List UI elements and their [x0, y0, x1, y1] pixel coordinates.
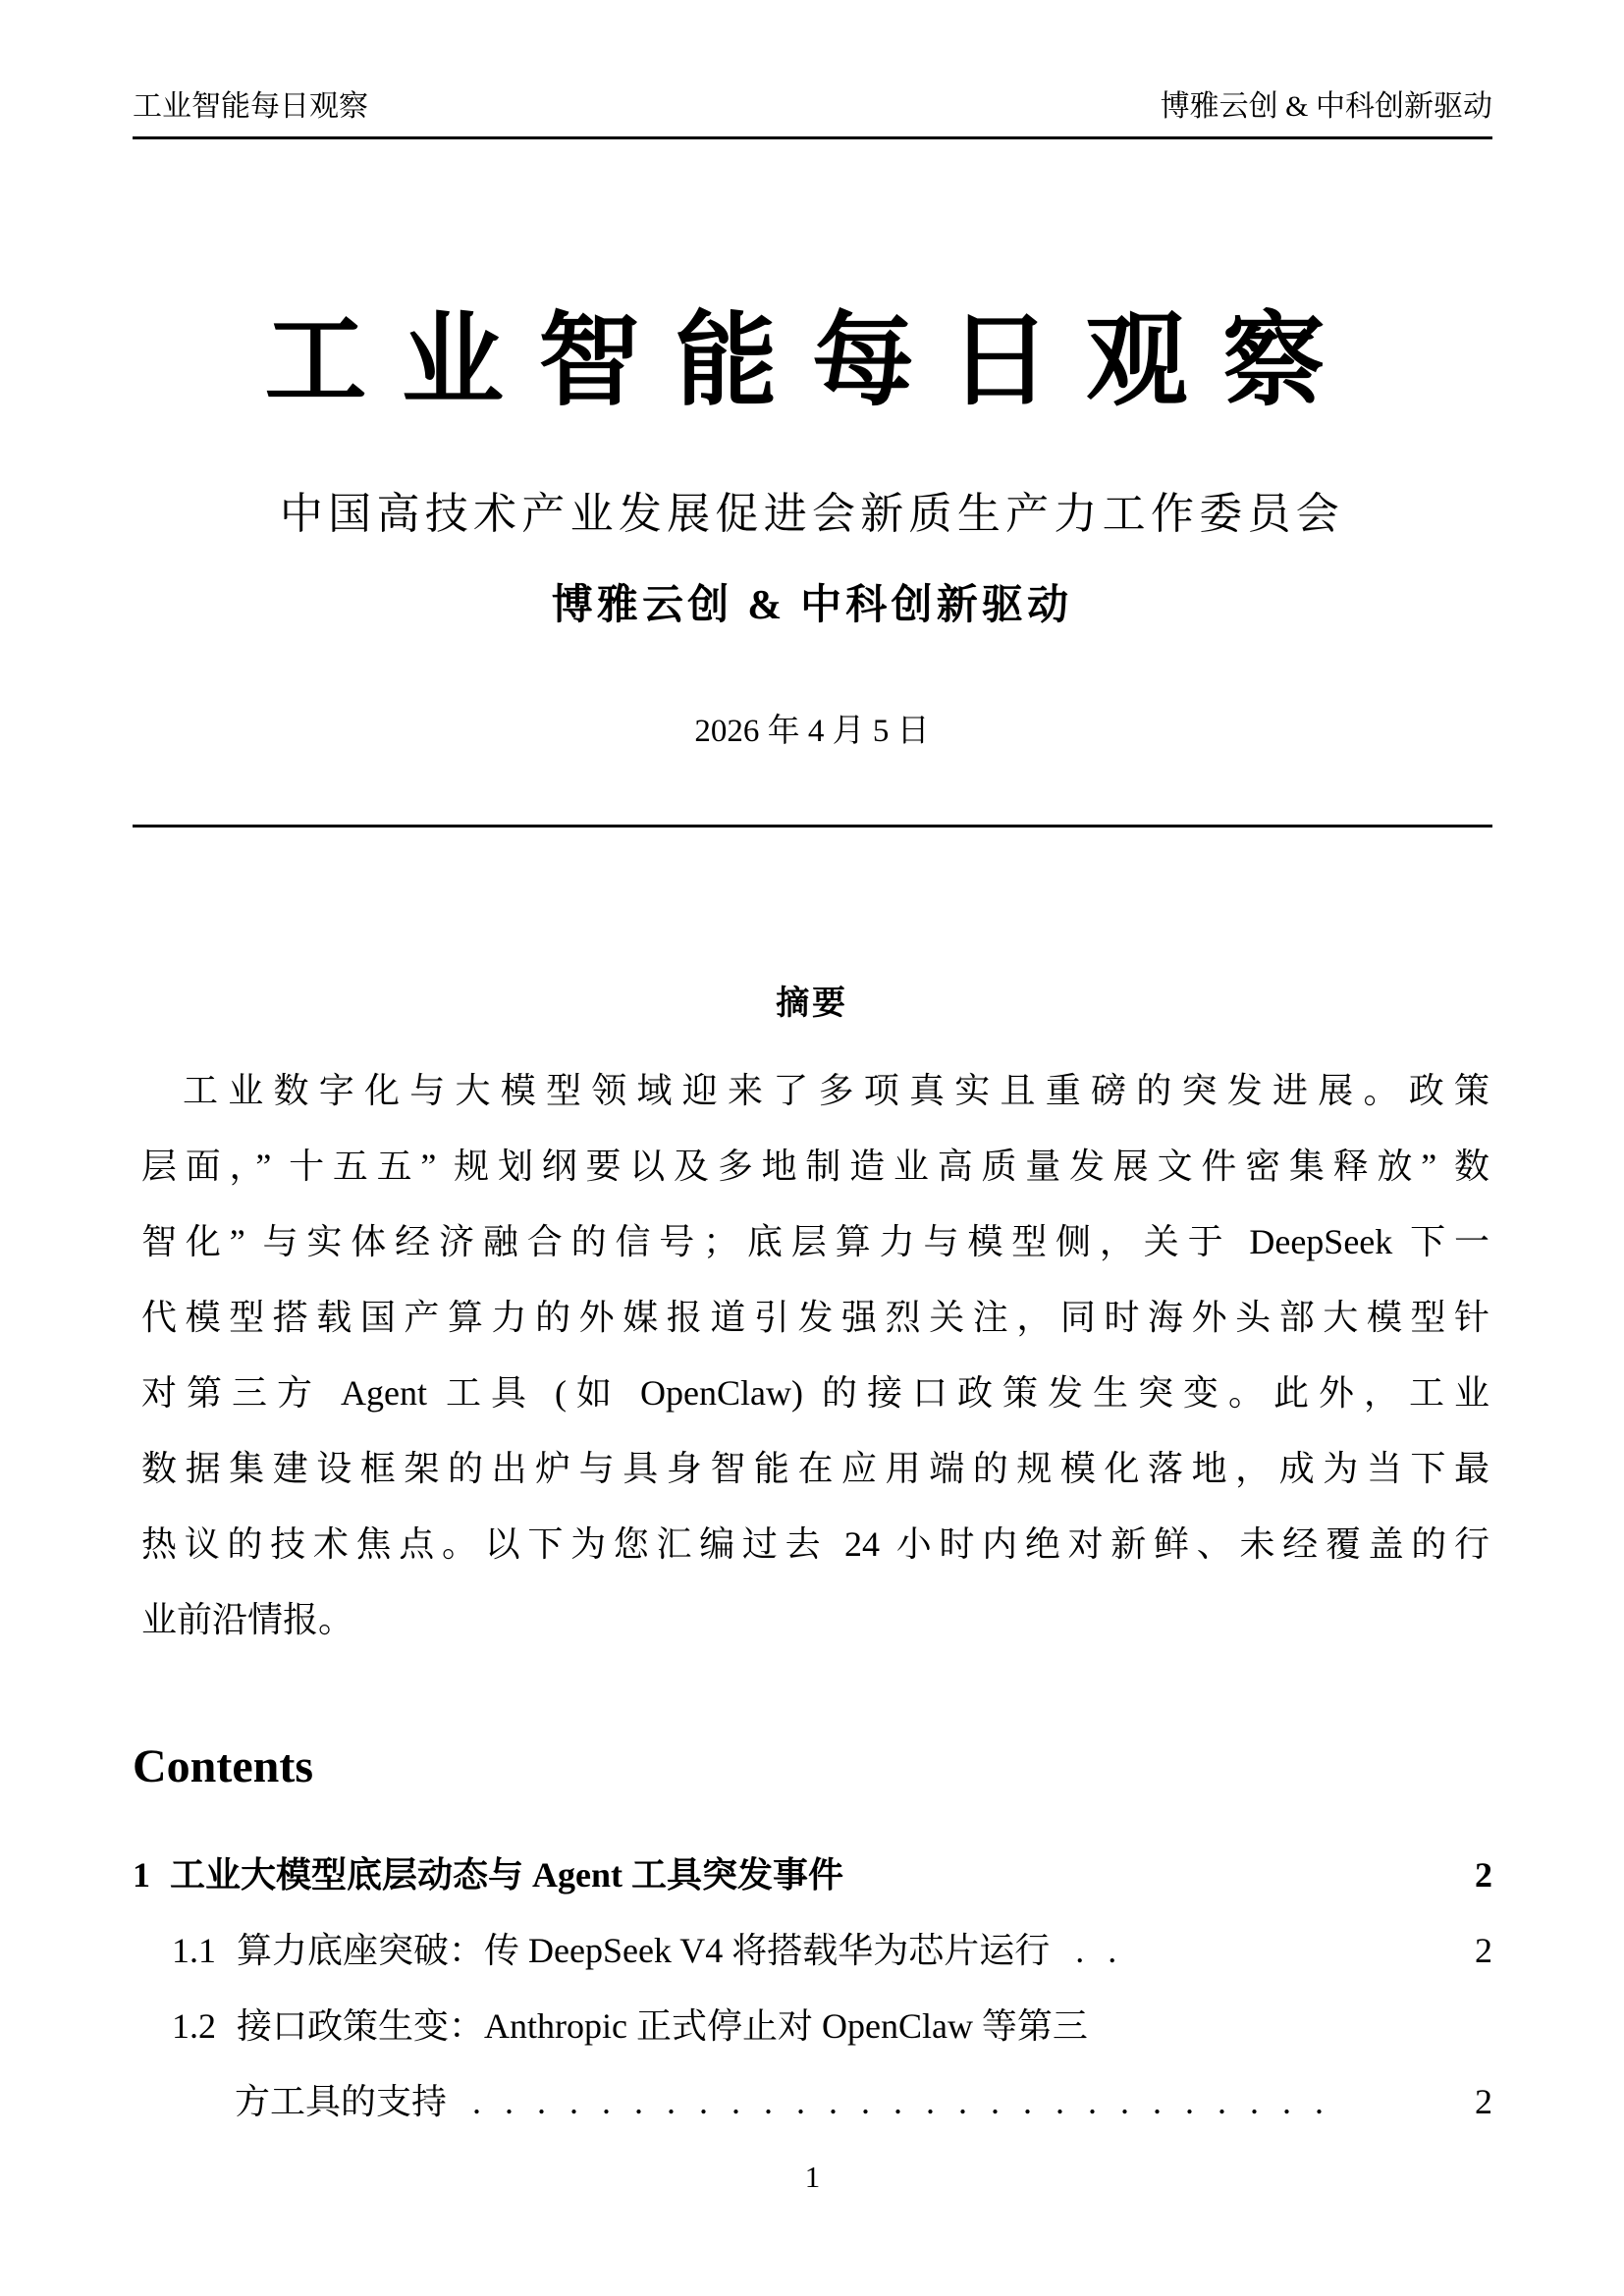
- toc-entry-section-1: 1 工业大模型底层动态与 Agent 工具突发事件 2: [133, 1838, 1492, 1913]
- abstract-line: 业前沿情报。: [141, 1582, 1489, 1658]
- header-right-org: 博雅云创 & 中科创新驱动: [1161, 88, 1492, 126]
- toc-entry-section-1-1: 1.1 算力底座突破：传 DeepSeek V4 将搭载华为芯片运行 .. 2: [133, 1913, 1492, 1989]
- contents-heading: Contents: [133, 1739, 313, 1794]
- abstract-line: 数据集建设框架的出炉与具身智能在应用端的规模化落地，成为当下最: [141, 1431, 1489, 1507]
- abstract-line: 对第三方 Agent 工具 (如 OpenClaw) 的接口政策发生突变。此外，…: [141, 1356, 1489, 1431]
- toc-entry-page: 2: [1475, 1838, 1492, 1913]
- toc-entry-title: 工业大模型底层动态与 Agent 工具突发事件: [170, 1838, 843, 1913]
- toc-entry-page: 2: [1475, 1913, 1492, 1989]
- toc-entry-number: 1: [133, 1838, 170, 1913]
- toc-entry-title: 算力底座突破：传 DeepSeek V4 将搭载华为芯片运行: [237, 1913, 1050, 1989]
- date-line: 2026 年 4 月 5 日: [0, 713, 1624, 752]
- running-header: 工业智能每日观察 博雅云创 & 中科创新驱动: [133, 88, 1492, 126]
- header-rule: [133, 136, 1492, 139]
- abstract-line: 层面，” 十五五” 规划纲要以及多地制造业高质量发展文件密集释放” 数: [141, 1129, 1489, 1204]
- page-subtitle: 中国高技术产业发展促进会新质生产力工作委员会: [0, 489, 1624, 541]
- table-of-contents: 1 工业大模型底层动态与 Agent 工具突发事件 2 1.1 算力底座突破：传…: [133, 1838, 1492, 2140]
- title-rule: [133, 825, 1492, 828]
- header-left-title: 工业智能每日观察: [133, 88, 368, 126]
- abstract-body: 工业数字化与大模型领域迎来了多项真实且重磅的突发进展。政策 层面，” 十五五” …: [141, 1053, 1489, 1658]
- toc-entry-number: 1.1: [172, 1913, 237, 1989]
- page-title: 工业智能每日观察: [0, 306, 1624, 418]
- toc-entry-section-1-2: 1.2 接口政策生变：Anthropic 正式停止对 OpenClaw 等第三: [133, 1989, 1492, 2064]
- abstract-line: 智化” 与实体经济融合的信号；底层算力与模型侧，关于 DeepSeek 下一: [141, 1204, 1489, 1280]
- toc-entry-number: 1.2: [172, 1989, 237, 2064]
- toc-entry-page: 2: [1475, 2064, 1492, 2140]
- toc-entry-section-1-2-continued: 方工具的支持 ........................... 2: [133, 2064, 1492, 2140]
- abstract-line: 代模型搭载国产算力的外媒报道引发强烈关注，同时海外头部大模型针: [141, 1280, 1489, 1356]
- document-page: 工业智能每日观察 博雅云创 & 中科创新驱动 工业智能每日观察 中国高技术产业发…: [0, 0, 1624, 2296]
- toc-entry-title: 接口政策生变：Anthropic 正式停止对 OpenClaw 等第三: [237, 1989, 1088, 2064]
- abstract-line: 热议的技术焦点。以下为您汇编过去 24 小时内绝对新鲜、未经覆盖的行: [141, 1507, 1489, 1582]
- toc-leader: ...........................: [447, 2064, 1475, 2140]
- authors-line: 博雅云创 & 中科创新驱动: [0, 581, 1624, 630]
- toc-leader: ..: [1050, 1913, 1475, 1989]
- page-number: 1: [133, 2156, 1492, 2199]
- abstract-line: 工业数字化与大模型领域迎来了多项真实且重磅的突发进展。政策: [141, 1053, 1489, 1129]
- toc-entry-title: 方工具的支持: [235, 2064, 447, 2140]
- abstract-heading: 摘要: [0, 976, 1624, 1024]
